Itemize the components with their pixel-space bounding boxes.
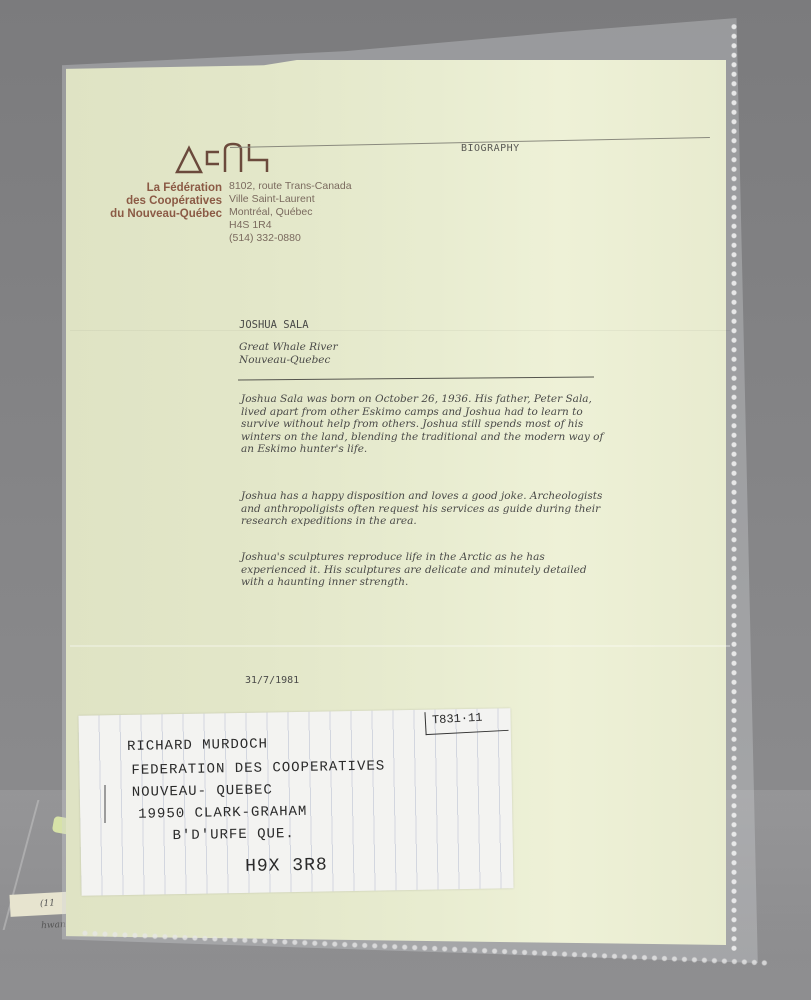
address-line: Ville Saint-Laurent [229, 193, 352, 206]
address-line: 8102, route Trans-Canada [229, 180, 352, 193]
note-line: NOUVEAU- QUEBEC [132, 782, 273, 800]
bio-paragraph: Joshua Sala was born on October 26, 1936… [241, 393, 611, 456]
organization-address: 8102, route Trans-Canada Ville Saint-Lau… [229, 180, 352, 245]
org-line: des Coopératives [84, 195, 222, 208]
note-line: 19950 CLARK-GRAHAM [138, 804, 307, 823]
phone-number: (514) 332-0880 [229, 232, 352, 245]
location-line: Nouveau-Quebec [239, 354, 338, 367]
staple [104, 785, 106, 823]
fold-line [70, 645, 730, 647]
location-line: Great Whale River [239, 341, 338, 354]
sleeve-binder-holes [729, 22, 739, 952]
document-date: 31/7/1981 [245, 675, 299, 686]
note-line: FEDERATION DES COOPERATIVES [131, 758, 385, 778]
note-line: RICHARD MURDOCH [127, 736, 268, 754]
org-line: La Fédération [84, 182, 222, 195]
organization-name: La Fédération des Coopératives du Nouvea… [84, 182, 222, 221]
handwritten-note: RICHARD MURDOCH FEDERATION DES COOPERATI… [78, 708, 513, 896]
subject-name: JOSHUA SALA [239, 319, 309, 331]
postal-code: H4S 1R4 [229, 219, 352, 232]
fold-line [70, 330, 730, 331]
bio-paragraph: Joshua has a happy disposition and loves… [241, 490, 611, 528]
subject-location: Great Whale River Nouveau-Quebec [239, 341, 338, 367]
document-type-label: BIOGRAPHY [461, 143, 520, 154]
bio-paragraph: Joshua's sculptures reproduce life in th… [241, 551, 611, 589]
note-line: H9X 3R8 [245, 855, 328, 876]
address-line: Montréal, Québec [229, 206, 352, 219]
org-line: du Nouveau-Québec [84, 208, 222, 221]
note-id: T831·11 [432, 711, 483, 728]
note-line: B'D'URFE QUE. [172, 826, 294, 844]
